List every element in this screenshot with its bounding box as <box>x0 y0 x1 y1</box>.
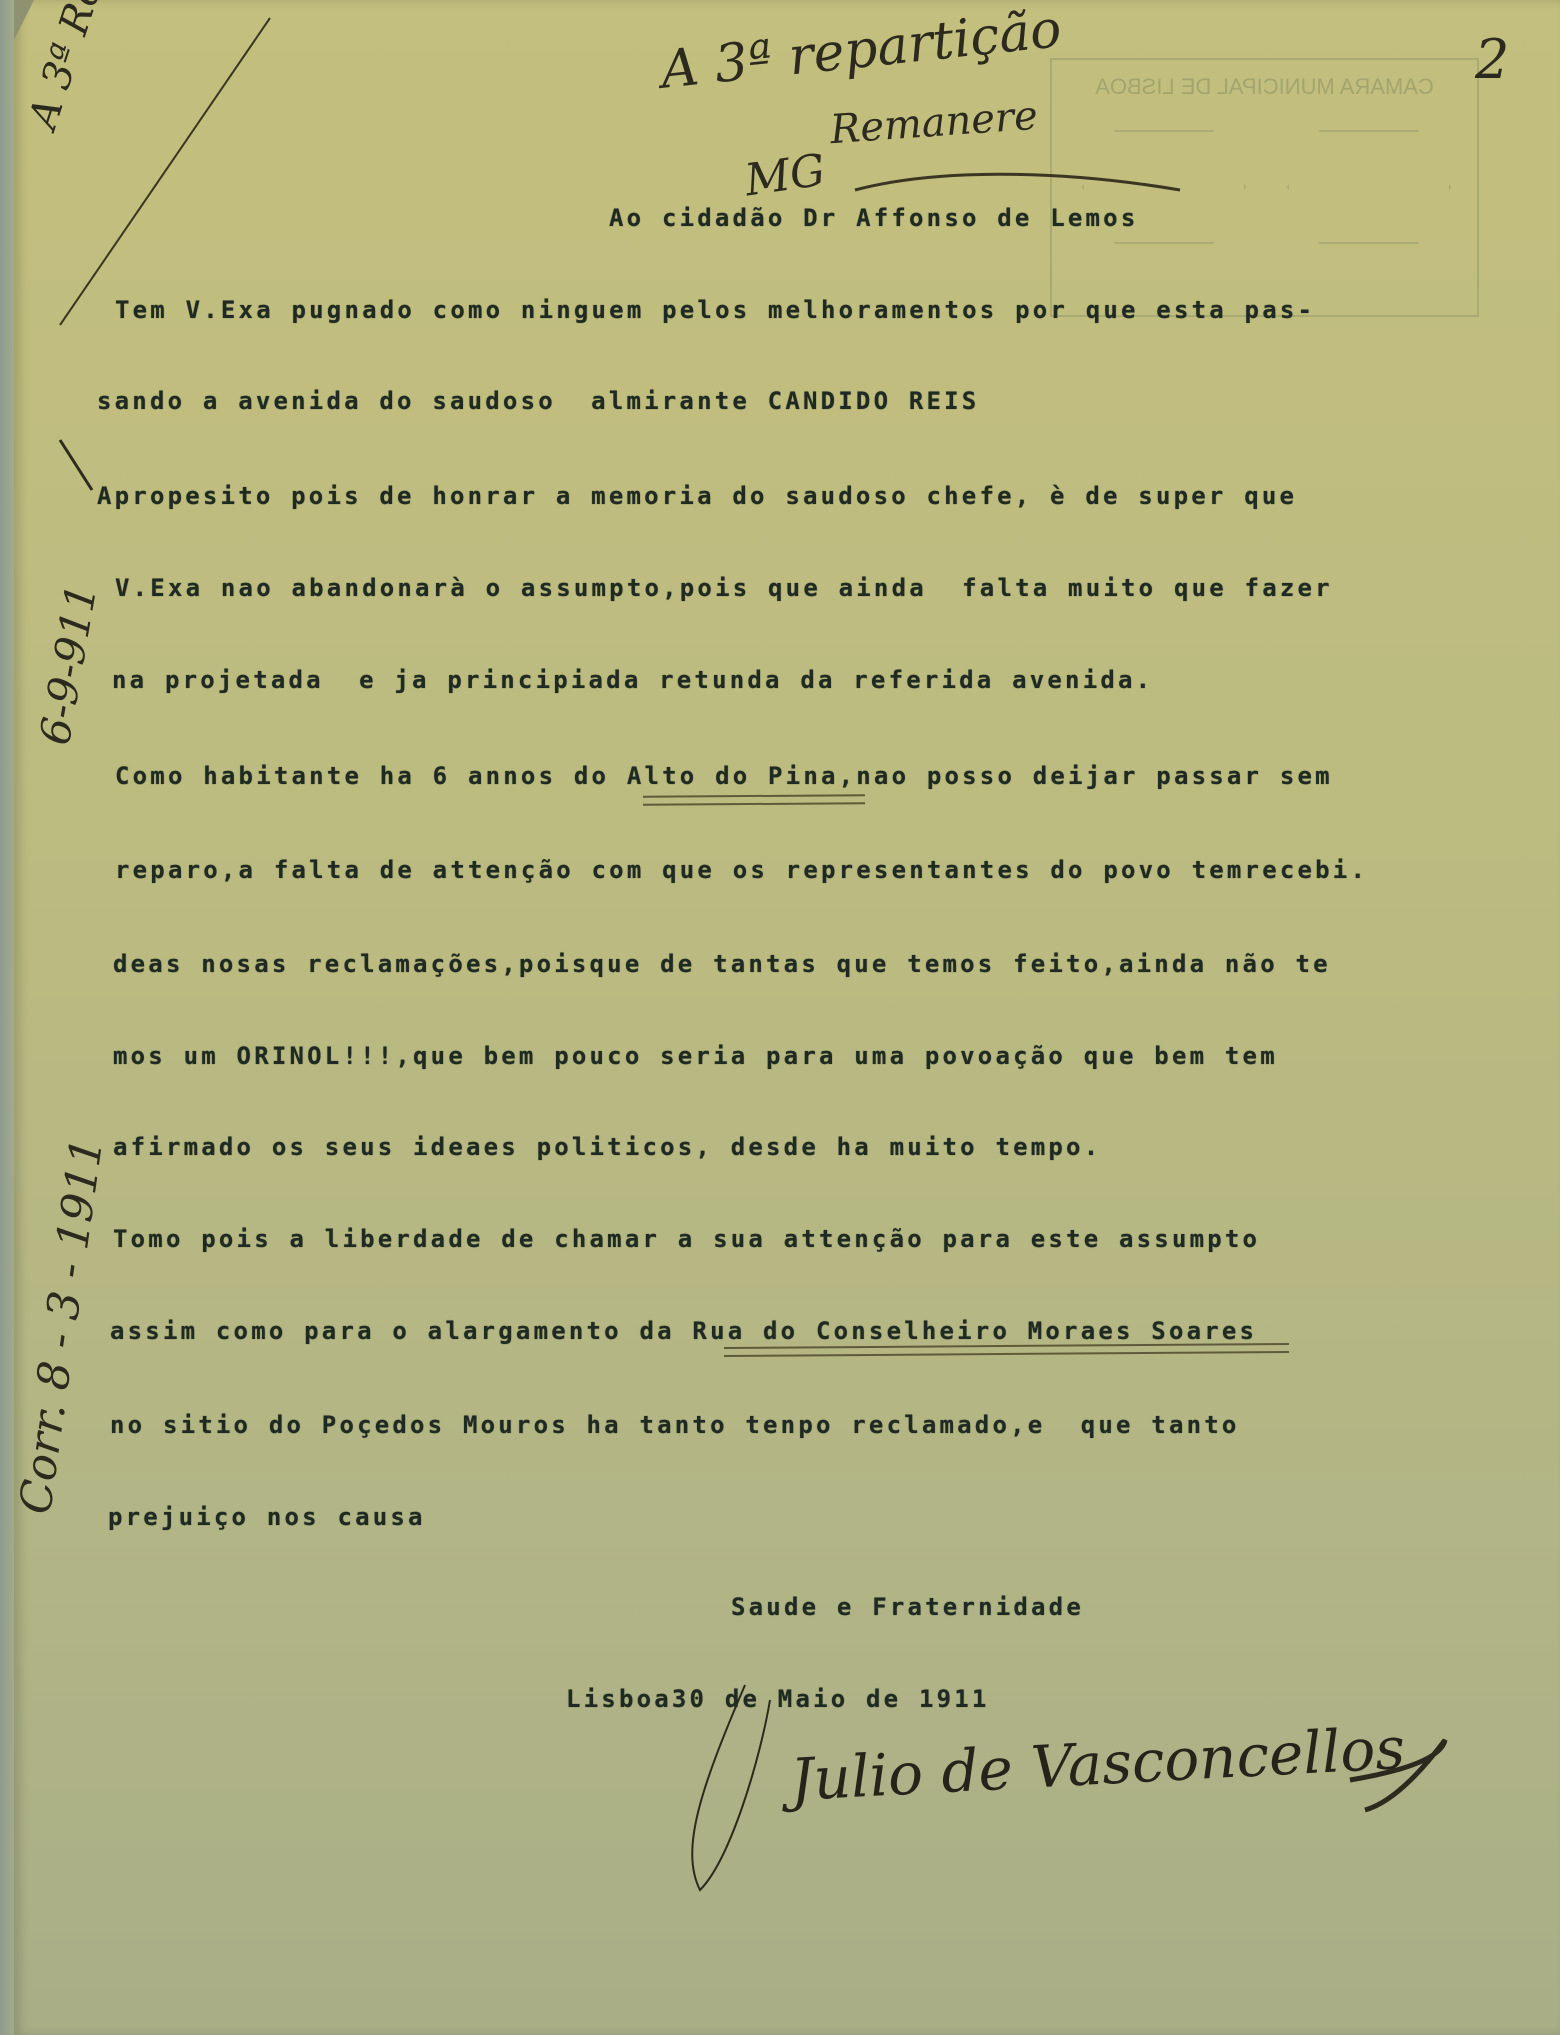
body-line: prejuiço nos causa <box>108 1503 426 1531</box>
body-line: Tem V.Exa pugnado como ninguem pelos mel… <box>115 296 1315 324</box>
body-line: assim como para o alargamento da Rua do … <box>110 1317 1257 1345</box>
addressee: Ao cidadão Dr Affonso de Lemos <box>609 204 1138 232</box>
body-line: V.Exa nao abandonarà o assumpto,pois que… <box>115 574 1333 602</box>
body-line: mos um ORINOL!!!,que bem pouco seria par… <box>113 1042 1278 1070</box>
date-line: Lisboa30 de Maio de 1911 <box>566 1685 990 1713</box>
underline-alto-do-pina <box>643 794 865 806</box>
body-line: deas nosas reclamações,poisque de tantas… <box>113 950 1331 978</box>
body-line: afirmado os seus ideaes politicos, desde… <box>113 1133 1101 1161</box>
body-line: reparo,a falta de attenção com que os re… <box>115 856 1368 884</box>
body-line: Tomo pois a liberdade de chamar a sua at… <box>113 1225 1260 1253</box>
body-line: na projetada e ja principiada retunda da… <box>112 666 1153 694</box>
body-line: Como habitante ha 6 annos do Alto do Pin… <box>115 762 1333 790</box>
closing: Saude e Fraternidade <box>731 1593 1084 1621</box>
body-line: no sitio do Poçedos Mouros ha tanto tenp… <box>110 1411 1240 1439</box>
body-line: sando a avenida do saudoso almirante CAN… <box>97 387 979 415</box>
body-line: Apropesito pois de honrar a memoria do s… <box>97 482 1297 510</box>
